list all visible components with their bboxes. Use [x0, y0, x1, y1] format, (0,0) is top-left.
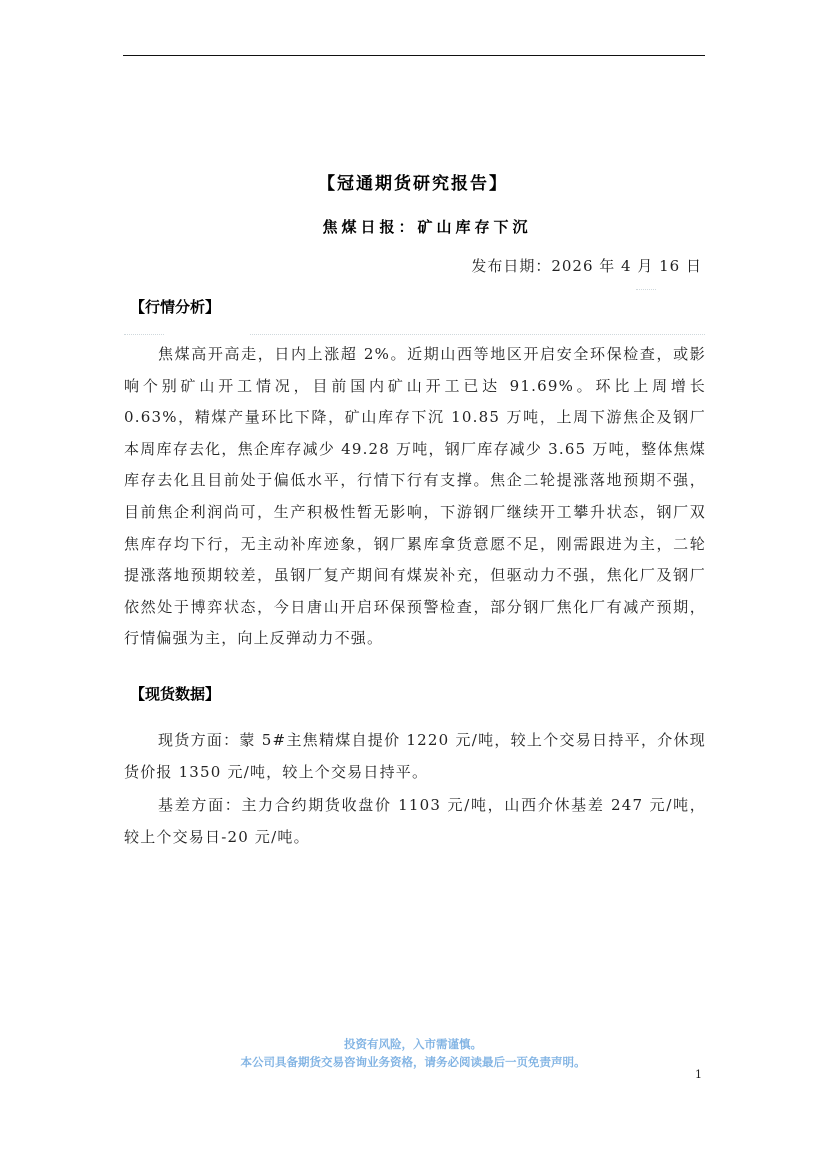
section-heading-market-analysis: 【行情分析】 — [130, 296, 220, 317]
report-subtitle: 焦煤日报：矿山库存下沉 — [0, 216, 826, 237]
spot-price-paragraph: 现货方面：蒙 5#主焦精煤自提价 1220 元/吨，较上个交易日持平，介休现货价… — [124, 725, 706, 788]
publish-date: 发布日期：2026 年 4 月 16 日 — [471, 255, 702, 276]
page-number: 1 — [695, 1068, 702, 1081]
section-heading-spot-data: 【现货数据】 — [130, 683, 220, 704]
basis-paragraph: 基差方面：主力合约期货收盘价 1103 元/吨，山西介休基差 247 元/吨，较… — [124, 790, 706, 853]
market-analysis-paragraph: 焦煤高开高走，日内上涨超 2%。近期山西等地区开启安全环保检查，或影响个别矿山开… — [124, 339, 706, 655]
disclaimer-notice: 本公司具备期货交易咨询业务资格，请务必阅读最后一页免责声明。 — [0, 1054, 826, 1070]
report-title: 【冠通期货研究报告】 — [0, 169, 826, 194]
dotted-divider — [124, 334, 164, 335]
dotted-divider — [250, 334, 705, 335]
risk-notice: 投资有风险，入市需谨慎。 — [0, 1036, 826, 1052]
header-rule — [123, 55, 705, 56]
dotted-divider — [636, 289, 656, 290]
